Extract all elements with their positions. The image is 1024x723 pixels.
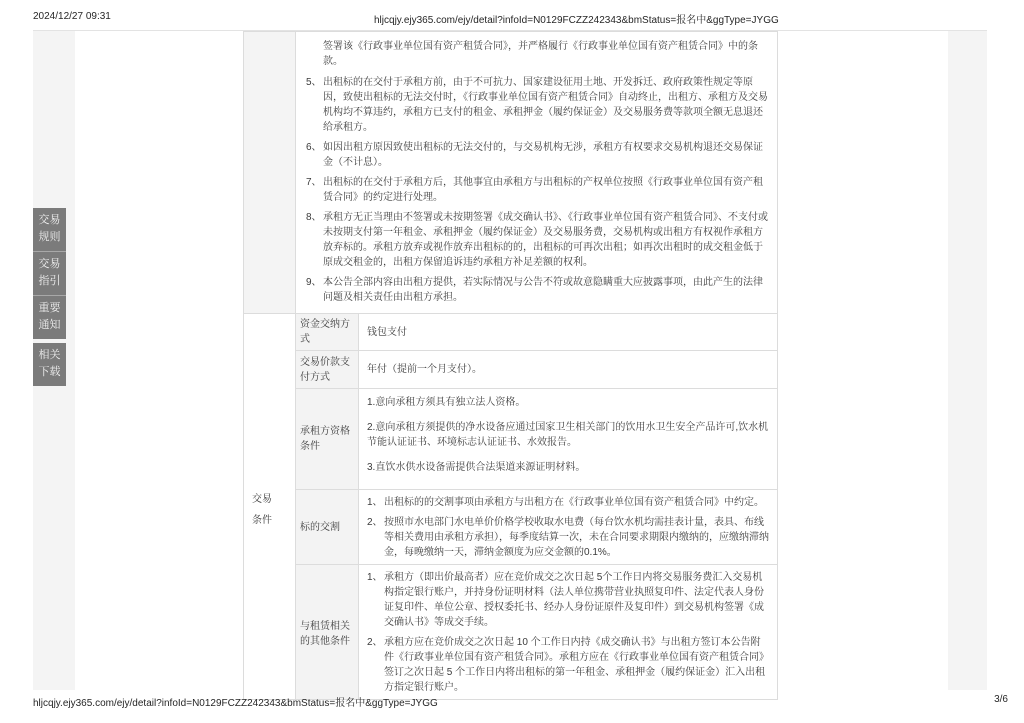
rule-number: 5、 bbox=[306, 75, 322, 90]
delivery-item: 2、 按照市水电部门水电单价价格学校收取水电费（每台饮水机均需挂表计量，表具、布… bbox=[367, 515, 769, 560]
table-row: 交易价款支付方式 年付（提前一个月支付）。 bbox=[244, 351, 778, 389]
sidebar-tab-label: 交易指引 bbox=[37, 256, 62, 290]
rule-text: 承租方无正当理由不签署或未按期签署《成交确认书》、《行政事业单位国有资产租赁合同… bbox=[323, 212, 768, 268]
row-value-payment-method: 钱包支付 bbox=[359, 314, 778, 351]
rule-item-8: 8、 承租方无正当理由不签署或未按期签署《成交确认书》、《行政事业单位国有资产租… bbox=[306, 210, 771, 270]
print-header-url: hljcqjy.ejy365.com/ejy/detail?infoId=N01… bbox=[374, 11, 779, 26]
rule-number: 9、 bbox=[306, 275, 322, 290]
row-value-price-payment: 年付（提前一个月支付）。 bbox=[359, 351, 778, 389]
group-column-continuation-cell bbox=[244, 32, 296, 314]
table-row: 与租赁相关的其他条件 1、 承租方（即出价最高者）应在竞价成交之次日起 5个工作… bbox=[244, 565, 778, 700]
row-label-price-payment: 交易价款支付方式 bbox=[296, 351, 359, 389]
list-text: 承租方（即出价最高者）应在竞价成交之次日起 5个工作日内将交易服务费汇入交易机构… bbox=[384, 572, 764, 628]
qualification-paragraph: 3.直饮水供水设备需提供合法渠道来源证明材料。 bbox=[367, 460, 769, 475]
list-number: 2、 bbox=[367, 635, 383, 650]
side-tab-rail: 交易规则 交易指引 重要通知 相关下载 bbox=[33, 208, 66, 386]
print-header-datetime: 2024/12/27 09:31 bbox=[33, 11, 111, 22]
list-number: 2、 bbox=[367, 515, 383, 530]
sidebar-tab-important-notice[interactable]: 重要通知 bbox=[33, 295, 66, 339]
row-label-payment-method: 资金交纳方式 bbox=[296, 314, 359, 351]
list-number: 1、 bbox=[367, 570, 383, 585]
rule-item-5: 5、 出租标的在交付于承租方前，由于不可抗力、国家建设征用土地、开发拆迁、政府政… bbox=[306, 75, 771, 135]
announcement-table: 签署该《行政事业单位国有资产租赁合同》，并严格履行《行政事业单位国有资产租赁合同… bbox=[243, 31, 778, 700]
rule-text: 出租标的在交付于承租方后，其他事宜由承租方与出租标的产权单位按照《行政事业单位国… bbox=[323, 177, 763, 203]
print-preview-page: { "print_header": { "datetime": "2024/12… bbox=[0, 0, 1024, 723]
sidebar-tab-label: 交易规则 bbox=[37, 212, 62, 246]
sidebar-tab-label: 重要通知 bbox=[37, 300, 62, 334]
row-value-delivery: 1、 出租标的的交割事项由承租方与出租方在《行政事业单位国有资产租赁合同》中约定… bbox=[359, 490, 778, 565]
row-label-lessee-qualification: 承租方资格条件 bbox=[296, 389, 359, 490]
print-footer-url: hljcqjy.ejy365.com/ejy/detail?infoId=N01… bbox=[33, 694, 438, 709]
rule-number: 8、 bbox=[306, 210, 322, 225]
row-value-lessee-qualification: 1.意向承租方须具有独立法人资格。 2.意向承租方须提供的净水设备应通过国家卫生… bbox=[359, 389, 778, 490]
list-text: 出租标的的交割事项由承租方与出租方在《行政事业单位国有资产租赁合同》中约定。 bbox=[384, 497, 764, 508]
list-text: 按照市水电部门水电单价价格学校收取水电费（每台饮水机均需挂表计量，表具、布线等相… bbox=[384, 517, 769, 558]
sidebar-tab-trade-guide[interactable]: 交易指引 bbox=[33, 251, 66, 295]
delivery-item: 1、 出租标的的交割事项由承租方与出租方在《行政事业单位国有资产租赁合同》中约定… bbox=[367, 495, 769, 510]
row-value-other-conditions: 1、 承租方（即出价最高者）应在竞价成交之次日起 5个工作日内将交易服务费汇入交… bbox=[359, 565, 778, 700]
rule-number: 6、 bbox=[306, 140, 322, 155]
rule-number: 7、 bbox=[306, 175, 322, 190]
rule-item-7: 7、 出租标的在交付于承租方后，其他事宜由承租方与出租标的产权单位按照《行政事业… bbox=[306, 175, 771, 205]
table-row: 承租方资格条件 1.意向承租方须具有独立法人资格。 2.意向承租方须提供的净水设… bbox=[244, 389, 778, 490]
group-label: 交易条件 bbox=[252, 489, 276, 531]
sidebar-tab-related-downloads[interactable]: 相关下载 bbox=[33, 343, 66, 386]
rule-text: 本公告全部内容由出租方提供，若实际情况与公告不符或故意隐瞒重大应披露事项，由此产… bbox=[323, 277, 763, 303]
group-label-cell: 交易条件 bbox=[244, 314, 296, 700]
other-condition-item: 1、 承租方（即出价最高者）应在竞价成交之次日起 5个工作日内将交易服务费汇入交… bbox=[367, 570, 769, 630]
webpage-capture: 交易规则 交易指引 重要通知 相关下载 签署该《行政事业单位国有资产租赁合同》，… bbox=[33, 30, 987, 690]
list-number: 1、 bbox=[367, 495, 383, 510]
list-text: 承租方应在竞价成交之次日起 10 个工作日内持《成交确认书》与出租方签订本公告附… bbox=[384, 637, 769, 693]
qualification-paragraph: 2.意向承租方须提供的净水设备应通过国家卫生相关部门的饮用水卫生安全产品许可,饮… bbox=[367, 420, 769, 450]
other-condition-item: 2、 承租方应在竞价成交之次日起 10 个工作日内持《成交确认书》与出租方签订本… bbox=[367, 635, 769, 695]
rule-continuation-text: 签署该《行政事业单位国有资产租赁合同》，并严格履行《行政事业单位国有资产租赁合同… bbox=[306, 39, 771, 69]
rule-item-9: 9、 本公告全部内容由出租方提供，若实际情况与公告不符或故意隐瞒重大应披露事项，… bbox=[306, 275, 771, 305]
row-label-delivery: 标的交割 bbox=[296, 490, 359, 565]
rule-text: 出租标的在交付于承租方前，由于不可抗力、国家建设征用土地、开发拆迁、政府政策性规… bbox=[323, 77, 768, 133]
right-background-strip bbox=[948, 31, 987, 690]
rule-text: 如因出租方原因致使出租标的无法交付的，与交易机构无涉，承租方有权要求交易机构退还… bbox=[323, 142, 763, 168]
table-row: 签署该《行政事业单位国有资产租赁合同》，并严格履行《行政事业单位国有资产租赁合同… bbox=[244, 32, 778, 314]
row-label-other-conditions: 与租赁相关的其他条件 bbox=[296, 565, 359, 700]
table-row: 交易条件 资金交纳方式 钱包支付 bbox=[244, 314, 778, 351]
qualification-paragraph: 1.意向承租方须具有独立法人资格。 bbox=[367, 395, 769, 410]
trade-rules-content-cell: 签署该《行政事业单位国有资产租赁合同》，并严格履行《行政事业单位国有资产租赁合同… bbox=[296, 32, 778, 314]
sidebar-tab-label: 相关下载 bbox=[37, 347, 62, 381]
table-row: 标的交割 1、 出租标的的交割事项由承租方与出租方在《行政事业单位国有资产租赁合… bbox=[244, 490, 778, 565]
rule-item-6: 6、 如因出租方原因致使出租标的无法交付的，与交易机构无涉，承租方有权要求交易机… bbox=[306, 140, 771, 170]
sidebar-tab-trade-rules[interactable]: 交易规则 bbox=[33, 208, 66, 251]
page-number-indicator: 3/6 bbox=[994, 694, 1008, 705]
